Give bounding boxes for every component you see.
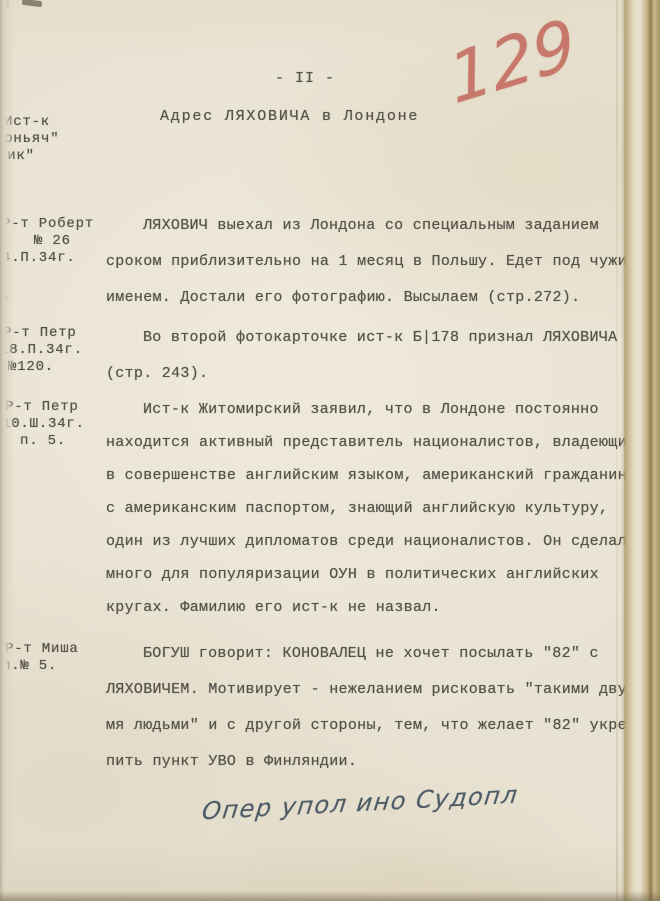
margin-note-line: Р-т Роберт [2,216,94,233]
text-line: находится активный представитель национа… [106,426,636,459]
text-line: пить пункт УВО в Финляндии. [106,744,636,780]
document-heading: Адрес ЛЯХОВИЧА в Лондоне [160,108,419,125]
text-line: ЛЯХОВИЧ выехал из Лондона со специальным… [106,208,636,244]
text-line: БОГУШ говорит: КОНОВАЛЕЦ не хочет посыла… [106,636,636,672]
text-line: ЛЯХОВИЧЕМ. Мотивирует - нежеланием риско… [106,672,636,708]
scanned-document-page: - II - 129 Адрес ЛЯХОВИЧА в Лондоне Ист-… [0,0,660,901]
text-line: Во второй фотокарточке ист-к Б|178 призн… [106,320,617,356]
text-line: (стр. 243). [106,356,617,392]
paragraph-1: ЛЯХОВИЧ выехал из Лондона со специальным… [106,208,636,316]
text-line: сроком приблизительно на 1 месяц в Польш… [106,244,636,280]
page-number: - II - [275,70,335,87]
margin-note-line: Р-т Петр [5,399,85,416]
text-line: мя людьми" и с другой стороны, тем, что … [106,708,636,744]
margin-note-line: п.№ 5. [2,658,79,675]
margin-note-source-alias: Ист-к Коньяч" ник" [0,114,59,165]
paragraph-4: БОГУШ говорит: КОНОВАЛЕЦ не хочет посыла… [106,636,636,780]
margin-note-line: п. 5. [20,433,85,450]
margin-note-line: Коньяч" [0,131,59,148]
text-line: Ист-к Житомирский заявил, что в Лондоне … [106,393,636,426]
paragraph-2: Во второй фотокарточке ист-к Б|178 призн… [106,320,617,392]
margin-note-3: Р-т Петр 10.Ш.34г. п. 5. [2,399,85,450]
margin-note-2: Р-т Петр 18.П.34г. №120. [0,325,83,376]
folio-number-red-handwritten: 129 [441,0,604,141]
text-line: много для популяризации ОУН в политическ… [106,558,636,591]
margin-note-line: Р-т Миша [5,641,79,658]
text-line: в совершенстве английским языком, америк… [106,459,636,492]
margin-note-line: 18.П.34г. [0,342,83,359]
paragraph-3: Ист-к Житомирский заявил, что в Лондоне … [106,393,636,624]
margin-note-line: Р-т Петр [3,325,83,342]
text-line: один из лучших дипломатов среди национал… [106,525,636,558]
binding-smudge [22,0,43,7]
text-line: кругах. Фамилию его ист-к не назвал. [106,591,636,624]
signature-handwritten: Опер упол ино Судопл [200,781,520,826]
margin-note-line: ник" [0,148,59,165]
margin-note-line: № 26 [34,233,94,250]
margin-note-4: Р-т Миша п.№ 5. [2,641,79,675]
text-line: именем. Достали его фотографию. Высылаем… [106,280,636,316]
margin-note-line: 10.Ш.34г. [2,416,85,433]
margin-note-1: Р-т Роберт № 26 4.П.34г. [2,216,94,267]
bottom-edge-shadow [0,891,660,901]
binding-smudge [0,0,9,7]
margin-note-line: Ист-к [4,114,59,131]
margin-note-line: 4.П.34г. [2,250,94,267]
margin-note-line: №120. [8,359,83,376]
paper-speck [4,296,8,300]
text-line: с американским паспортом, знающий англий… [106,492,636,525]
